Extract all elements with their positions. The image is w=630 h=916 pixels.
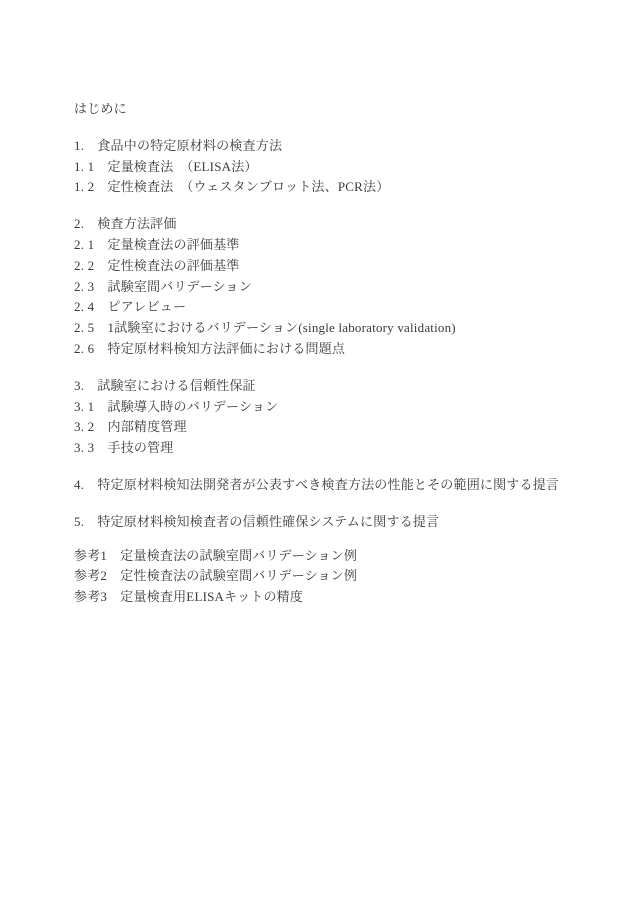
toc-item-3-3: 3. 3 手技の管理 <box>74 438 614 459</box>
appendix-item-2: 参考2 定性検査法の試験室間バリデーション例 <box>74 566 614 587</box>
toc-section-2: 2. 検査方法評価 2. 1 定量検査法の評価基準 2. 2 定性検査法の評価基… <box>74 214 614 360</box>
toc-appendix: 参考1 定量検査法の試験室間バリデーション例 参考2 定性検査法の試験室間バリデ… <box>74 546 614 608</box>
section-5-heading: 5. 特定原材料検知検査者の信頼性確保システムに関する提言 <box>74 512 614 533</box>
toc-item-3-2: 3. 2 内部精度管理 <box>74 417 614 438</box>
toc-item-2-3: 2. 3 試験室間バリデーション <box>74 277 614 298</box>
appendix-item-1: 参考1 定量検査法の試験室間バリデーション例 <box>74 546 614 567</box>
toc-item-2-1: 2. 1 定量検査法の評価基準 <box>74 235 614 256</box>
toc-item-2-4: 2. 4 ピアレビュー <box>74 297 614 318</box>
section-1-heading: 1. 食品中の特定原材料の検査方法 <box>74 136 614 157</box>
toc-item-1-2: 1. 2 定性検査法 （ウェスタンブロット法、PCR法） <box>74 177 614 198</box>
toc-section-4: 4. 特定原材料検知法開発者が公表すべき検査方法の性能とその範囲に関する提言 <box>74 475 614 496</box>
section-3-heading: 3. 試験室における信頼性保証 <box>74 376 614 397</box>
document-page: はじめに 1. 食品中の特定原材料の検査方法 1. 1 定量検査法 （ELISA… <box>0 0 630 916</box>
toc-section-1: 1. 食品中の特定原材料の検査方法 1. 1 定量検査法 （ELISA法） 1.… <box>74 136 614 198</box>
toc-item-2-5: 2. 5 1試験室におけるバリデーション(single laboratory v… <box>74 318 614 339</box>
section-4-heading: 4. 特定原材料検知法開発者が公表すべき検査方法の性能とその範囲に関する提言 <box>74 475 614 496</box>
toc-item-1-1: 1. 1 定量検査法 （ELISA法） <box>74 157 614 178</box>
toc-item-3-1: 3. 1 試験導入時のバリデーション <box>74 397 614 418</box>
intro-heading: はじめに <box>74 99 614 120</box>
toc-item-2-6: 2. 6 特定原材料検知方法評価における問題点 <box>74 339 614 360</box>
section-2-heading: 2. 検査方法評価 <box>74 214 614 235</box>
table-of-contents: はじめに 1. 食品中の特定原材料の検査方法 1. 1 定量検査法 （ELISA… <box>74 99 614 608</box>
toc-section-3: 3. 試験室における信頼性保証 3. 1 試験導入時のバリデーション 3. 2 … <box>74 376 614 459</box>
toc-item-2-2: 2. 2 定性検査法の評価基準 <box>74 256 614 277</box>
toc-section-5: 5. 特定原材料検知検査者の信頼性確保システムに関する提言 <box>74 512 614 533</box>
appendix-item-3: 参考3 定量検査用ELISAキットの精度 <box>74 587 614 608</box>
